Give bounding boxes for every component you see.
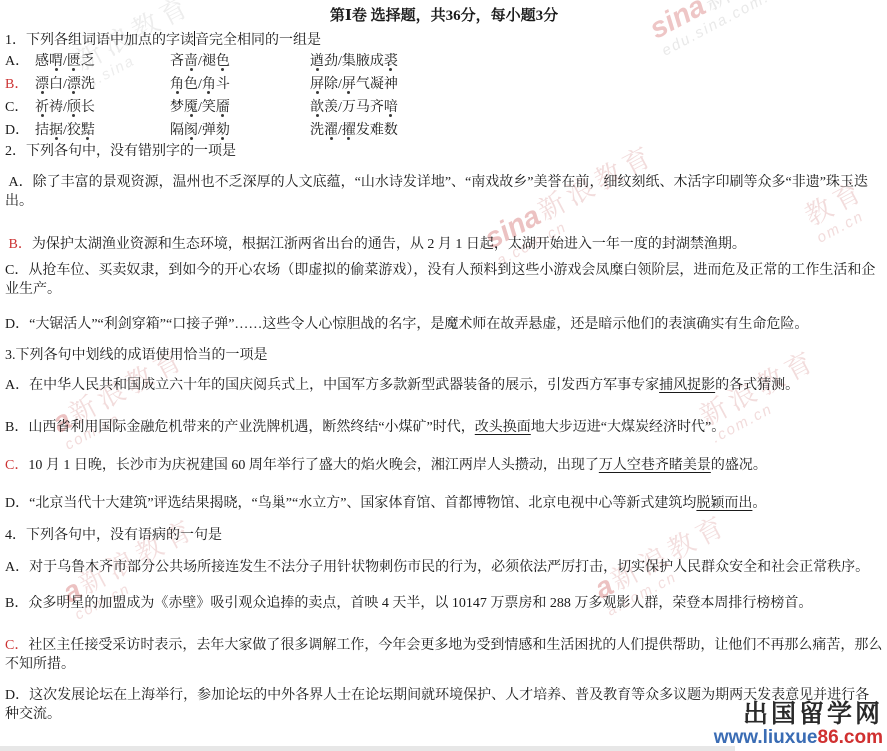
exam-title: 第Ⅰ卷 选择题，共36分，每小题3分 [5, 6, 883, 26]
q2-option-a: A．除了丰富的景观资源，温州也不乏深厚的人文底蕴，“山水诗发详地”、“南戏故乡”… [5, 173, 883, 211]
option-label: D． [5, 688, 29, 703]
option-label-answer: C． [5, 638, 28, 653]
word-pair: 遒劲/集腋成裘 [310, 50, 883, 73]
option-text: 从抢车位、买卖奴隶，到如今的开心农场（即虚拟的偷菜游戏），没有人预料到这些小游戏… [5, 263, 875, 297]
q1-stem: 1．下列各组词语中加点的字读音完全相同的一组是 [5, 31, 883, 50]
q3-option-d: D．“北京当代十大建筑”评选结果揭晓，“鸟巢”“水立方”、国家体育馆、首都博物馆… [5, 494, 883, 513]
word-pair: 祈祷/颀长 [35, 96, 170, 119]
word-pair: 漂白/漂洗 [35, 73, 170, 96]
q1-stem-text-after: 音完全相同的一组是 [195, 33, 321, 48]
option-text: 山西省利用国际金融危机带来的产业洗牌机遇，断然终结“小煤矿”时代，改头换面地大步… [28, 420, 725, 435]
word-pair: 感喟/匮乏 [35, 50, 170, 73]
exam-content: 第Ⅰ卷 选择题，共36分，每小题3分 1．下列各组词语中加点的字读音完全相同的一… [0, 0, 887, 724]
word-pair: 吝啬/褪色 [170, 50, 310, 73]
q1-stem-text-before: 1．下列各组词语中加点的字读 [5, 33, 194, 48]
q3-option-c: C．10 月 1 日晚，长沙市为庆祝建国 60 周年举行了盛大的焰火晚会，湘江两… [5, 456, 883, 475]
option-text: 10 月 1 日晚，长沙市为庆祝建国 60 周年举行了盛大的焰火晚会，湘江两岸人… [28, 458, 767, 473]
bottom-edge-strip [0, 746, 735, 751]
option-text: 除了丰富的景观资源，温州也不乏深厚的人文底蕴，“山水诗发详地”、“南戏故乡”美誉… [5, 175, 868, 209]
option-label: A． [5, 378, 29, 393]
footer-watermark: 出国留学网 www.liuxue86.com [714, 701, 883, 748]
q1-row-a: A． 感喟/匮乏 吝啬/褪色 遒劲/集腋成裘 [5, 50, 883, 73]
exam-page: 新浪教育u.sinasina新浪教育edu.sina.com.cnsina新浪教… [0, 0, 887, 751]
word-pair: 拮据/狡黠 [35, 119, 170, 142]
q3-stem: 3.下列各句中划线的成语使用恰当的一项是 [5, 346, 883, 365]
option-label: C． [5, 96, 35, 119]
word-pair: 隔阂/弹劾 [170, 119, 310, 142]
q2-option-b: B．为保护太湖渔业资源和生态环境，根据江浙两省出台的通告，从 2 月 1 日起，… [5, 235, 883, 254]
q4-option-b: B．众多明星的加盟成为《赤壁》吸引观众追捧的卖点，首映 4 天半，以 10147… [5, 594, 883, 613]
word-pair: 歆羡/万马齐喑 [310, 96, 883, 119]
q1-row-b: B． 漂白/漂洗 角色/角斗 屏除/屏气凝神 [5, 73, 883, 96]
q4-stem: 4．下列各句中，没有语病的一句是 [5, 526, 883, 545]
option-label: C． [5, 263, 28, 278]
q3-option-b: B．山西省利用国际金融危机带来的产业洗牌机遇，断然终结“小煤矿”时代，改头换面地… [5, 418, 883, 437]
option-text: 在中华人民共和国成立六十年的国庆阅兵式上，中国军方多款新型武器装备的展示，引发西… [29, 378, 799, 393]
option-label-answer: B． [5, 237, 32, 252]
word-pair: 屏除/屏气凝神 [310, 73, 883, 96]
option-label: B． [5, 596, 28, 611]
word-pair: 洗濯/擢发难数 [310, 119, 883, 142]
q1-row-c: C． 祈祷/颀长 梦魇/笑靥 歆羡/万马齐喑 [5, 96, 883, 119]
option-label: D． [5, 119, 35, 142]
word-pair: 梦魇/笑靥 [170, 96, 310, 119]
option-label: A． [5, 560, 29, 575]
option-label: D． [5, 496, 29, 511]
q2-stem: 2．下列各句中，没有错别字的一项是 [5, 142, 883, 161]
word-pair: 角色/角斗 [170, 73, 310, 96]
option-label: B． [5, 420, 28, 435]
option-text: 为保护太湖渔业资源和生态环境，根据江浙两省出台的通告，从 2 月 1 日起，太湖… [32, 237, 746, 252]
q2-option-c: C．从抢车位、买卖奴隶，到如今的开心农场（即虚拟的偷菜游戏），没有人预料到这些小… [5, 261, 883, 299]
option-text: 社区主任接受采访时表示，去年大家做了很多调解工作，今年会更多地为受到情感和生活困… [5, 638, 882, 672]
footer-url-blue-part: www.liuxue [714, 727, 818, 748]
option-label: A． [5, 175, 33, 190]
footer-site-name: 出国留学网 [714, 701, 883, 727]
option-label: D． [5, 317, 29, 332]
footer-site-url[interactable]: www.liuxue86.com [714, 727, 883, 748]
q1-row-d: D． 拮据/狡黠 隔阂/弹劾 洗濯/擢发难数 [5, 119, 883, 142]
option-text: “大锯活人”“利剑穿箱”“口接子弹”……这些令人心惊胆战的名字，是魔术师在故弄悬… [29, 317, 808, 332]
q3-option-a: A．在中华人民共和国成立六十年的国庆阅兵式上，中国军方多款新型武器装备的展示，引… [5, 376, 883, 395]
footer-url-red-part: 86.com [818, 727, 883, 748]
q2-option-d: D．“大锯活人”“利剑穿箱”“口接子弹”……这些令人心惊胆战的名字，是魔术师在故… [5, 315, 883, 334]
option-text: “北京当代十大建筑”评选结果揭晓，“鸟巢”“水立方”、国家体育馆、首都博物馆、北… [29, 496, 766, 511]
option-label-answer: C． [5, 458, 28, 473]
q4-option-c: C．社区主任接受采访时表示，去年大家做了很多调解工作，今年会更多地为受到情感和生… [5, 636, 883, 674]
option-text: 对于乌鲁木齐市部分公共场所接连发生不法分子用针状物刺伤市民的行为，必须依法严厉打… [29, 560, 869, 575]
option-text: 众多明星的加盟成为《赤壁》吸引观众追捧的卖点，首映 4 天半，以 10147 万… [28, 596, 812, 611]
q4-option-a: A．对于乌鲁木齐市部分公共场所接连发生不法分子用针状物刺伤市民的行为，必须依法严… [5, 558, 883, 577]
option-label: A． [5, 50, 35, 73]
option-label-answer: B． [5, 73, 35, 96]
